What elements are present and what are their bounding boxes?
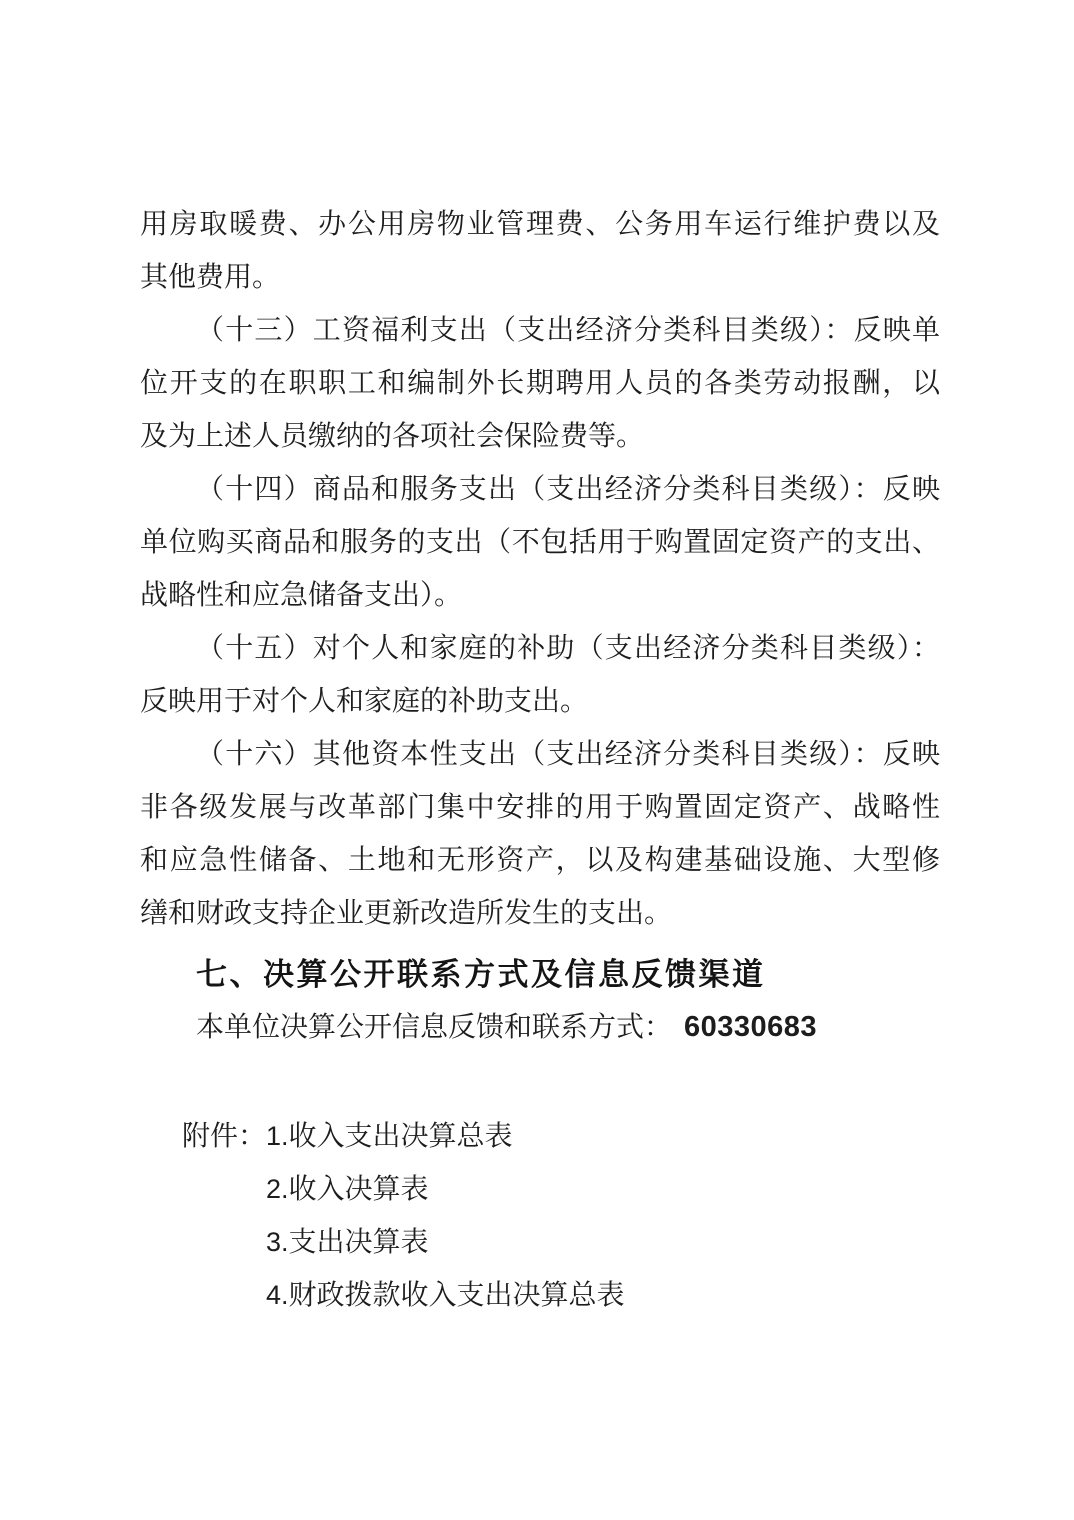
body-line: 和应急性储备、土地和无形资产，以及构建基础设施、大型修 — [140, 834, 940, 887]
body-line: 位开支的在职职工和编制外长期聘用人员的各类劳动报酬，以 — [140, 357, 940, 410]
body-line: 其他费用。 — [140, 251, 940, 304]
attachment-number: 1. — [266, 1121, 289, 1151]
attachment-number: 2. — [266, 1174, 289, 1204]
body-line: （十四）商品和服务支出（支出经济分类科目类级）：反映 — [140, 463, 940, 516]
body-line: 非各级发展与改革部门集中安排的用于购置固定资产、战略性 — [140, 781, 940, 834]
body-line: （十三）工资福利支出（支出经济分类科目类级）：反映单 — [140, 304, 940, 357]
attachments-label: 附件： — [182, 1110, 266, 1163]
body-line: （十六）其他资本性支出（支出经济分类科目类级）：反映 — [140, 728, 940, 781]
attachment-item: 4.财政拨款收入支出决算总表 — [266, 1269, 625, 1322]
attachment-item: 1.收入支出决算总表 — [266, 1110, 625, 1163]
attachment-number: 3. — [266, 1227, 289, 1257]
body-line: 反映用于对个人和家庭的补助支出。 — [140, 675, 940, 728]
body-line: 单位购买商品和服务的支出（不包括用于购置固定资产的支出、 — [140, 516, 940, 569]
attachment-item: 3.支出决算表 — [266, 1216, 625, 1269]
section-heading: 七、决算公开联系方式及信息反馈渠道 — [140, 948, 940, 1001]
body-line: （十五）对个人和家庭的补助（支出经济分类科目类级）： — [140, 622, 940, 675]
document-page: 用房取暖费、办公用房物业管理费、公务用车运行维护费以及 其他费用。 （十三）工资… — [0, 0, 1074, 1520]
attachment-title: 收入决算表 — [289, 1174, 429, 1205]
contact-line: 本单位决算公开信息反馈和联系方式：60330683 — [140, 1001, 940, 1054]
body-line: 战略性和应急储备支出）。 — [140, 569, 940, 622]
attachment-title: 收入支出决算总表 — [289, 1121, 513, 1152]
body-line: 缮和财政支持企业更新改造所发生的支出。 — [140, 887, 940, 940]
contact-label: 本单位决算公开信息反馈和联系方式： — [196, 1012, 672, 1043]
body-line: 及为上述人员缴纳的各项社会保险费等。 — [140, 410, 940, 463]
attachments-list: 附件： 1.收入支出决算总表 2.收入决算表 3.支出决算表 4.财政拨款收入支… — [182, 1110, 1074, 1322]
attachments-items: 1.收入支出决算总表 2.收入决算表 3.支出决算表 4.财政拨款收入支出决算总… — [266, 1110, 625, 1322]
contact-number: 60330683 — [684, 1011, 817, 1043]
attachment-number: 4. — [266, 1280, 289, 1310]
attachment-item: 2.收入决算表 — [266, 1163, 625, 1216]
attachment-title: 财政拨款收入支出决算总表 — [289, 1280, 625, 1311]
attachment-title: 支出决算表 — [289, 1227, 429, 1258]
document-body: 用房取暖费、办公用房物业管理费、公务用车运行维护费以及 其他费用。 （十三）工资… — [140, 198, 940, 940]
body-line: 用房取暖费、办公用房物业管理费、公务用车运行维护费以及 — [140, 198, 940, 251]
